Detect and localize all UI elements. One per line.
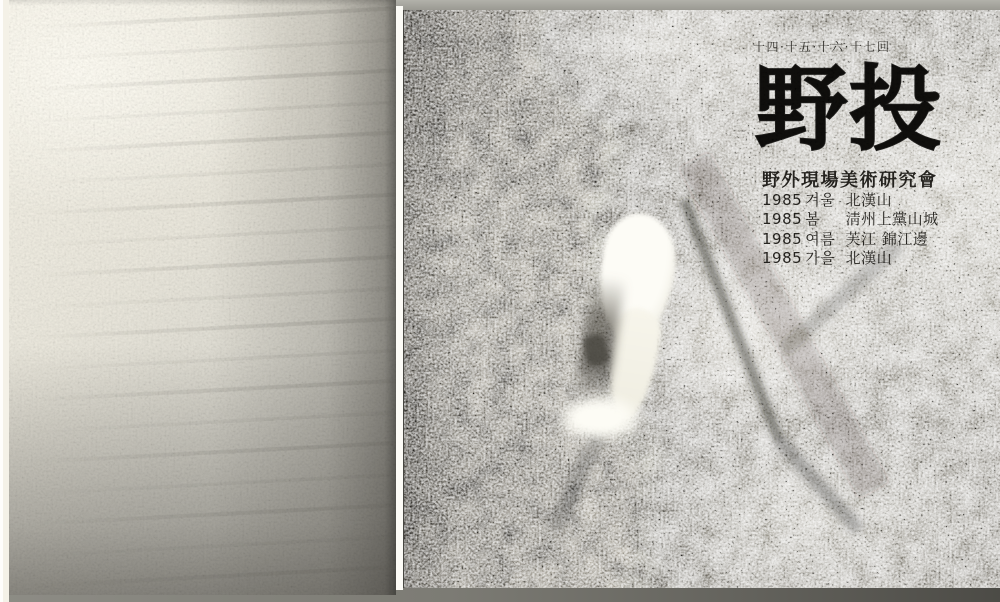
event-season: 겨울 xyxy=(805,191,840,210)
event-season: 봄 xyxy=(805,210,840,229)
page-edge-margin xyxy=(0,0,9,602)
event-year: 1985 xyxy=(762,249,800,268)
event-place: 北漢山 xyxy=(846,249,893,267)
scanned-catalog-spread: { "cover": { "edition_line": "十四·十五·十六·十… xyxy=(0,0,1000,602)
event-year: 1985 xyxy=(762,191,800,210)
event-year: 1985 xyxy=(762,230,800,249)
cover-subtitle: 野外現場美術研究會 xyxy=(762,166,938,192)
right-page-top-edge xyxy=(396,0,1000,10)
page-gutter xyxy=(396,6,403,590)
event-row: 1985 겨울 北漢山 xyxy=(762,191,939,210)
cover-text-block: 十四·十五·十六·十七回 野投 野外現場美術研究會 1985 겨울 北漢山 19… xyxy=(404,10,1000,588)
cover-title: 野投 xyxy=(755,58,943,161)
left-blank-page xyxy=(9,0,396,595)
event-row: 1985 가을 北漢山 xyxy=(762,249,939,268)
event-place: 芙江 錦江邊 xyxy=(846,230,929,248)
cover-photo: 十四·十五·十六·十七回 野投 野外現場美術研究會 1985 겨울 北漢山 19… xyxy=(403,10,1000,588)
paper-grain xyxy=(9,0,396,595)
event-year: 1985 xyxy=(762,210,800,229)
event-season: 가을 xyxy=(805,249,840,268)
event-place: 淸州上黨山城 xyxy=(846,210,939,228)
event-season: 여름 xyxy=(805,230,840,249)
event-list: 1985 겨울 北漢山 1985 봄 淸州上黨山城 1985 여름 芙江 錦江邊… xyxy=(762,191,939,268)
event-place: 北漢山 xyxy=(846,191,893,209)
event-row: 1985 여름 芙江 錦江邊 xyxy=(762,230,939,249)
edition-line: 十四·十五·十六·十七回 xyxy=(753,38,890,55)
event-row: 1985 봄 淸州上黨山城 xyxy=(762,210,939,229)
